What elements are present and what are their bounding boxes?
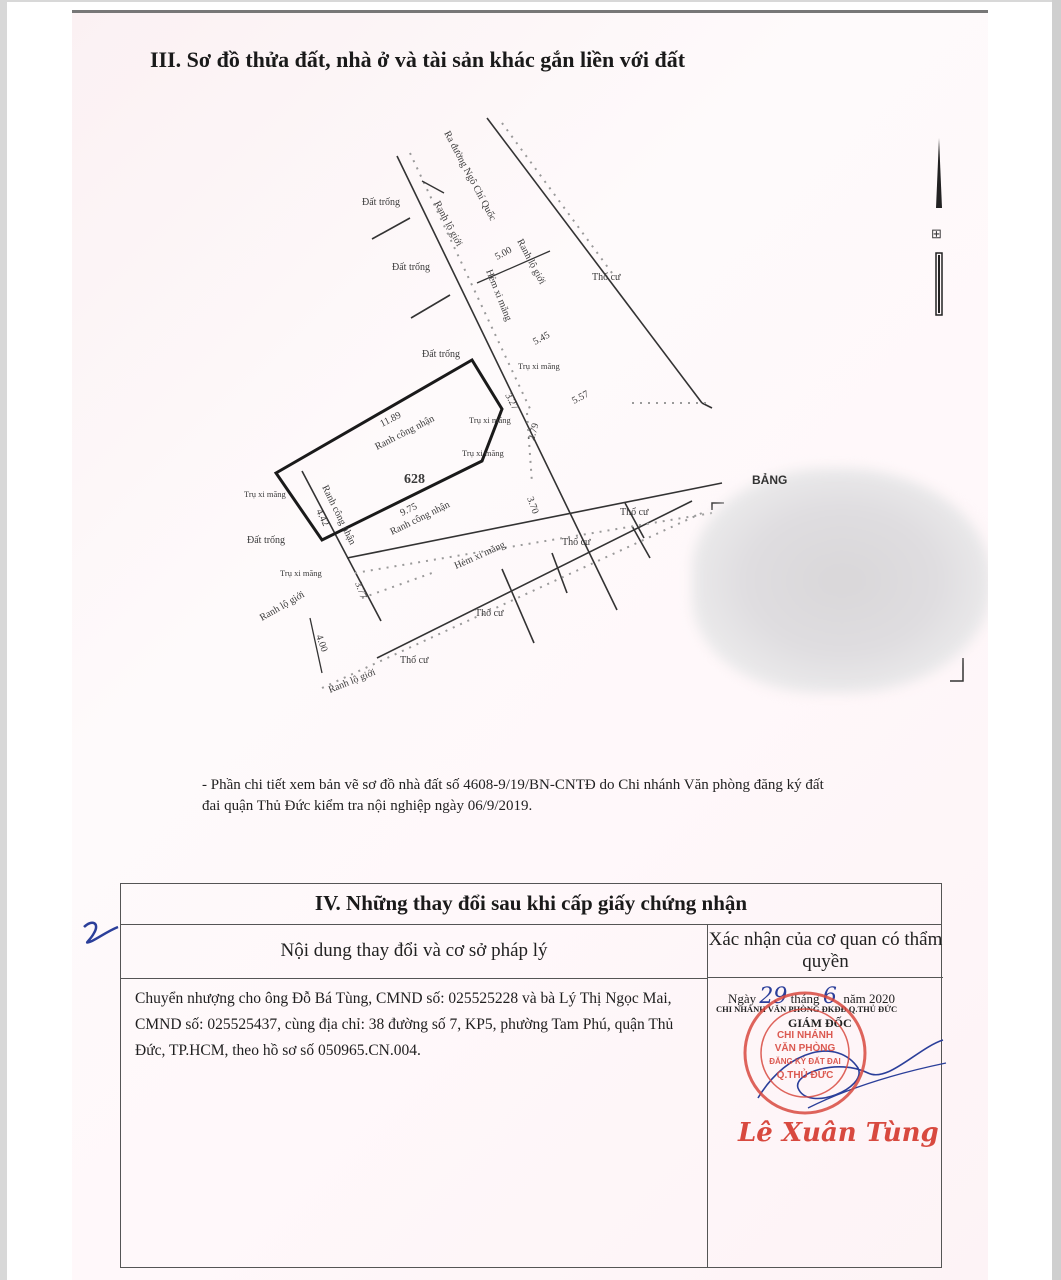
dim-edge-left: 4.42 xyxy=(313,507,331,528)
redacted-area xyxy=(692,468,988,693)
dim-alley-mid: 5.45 xyxy=(531,330,552,348)
label-post-4: Trụ xi măng xyxy=(244,489,286,499)
svg-text:⊞: ⊞ xyxy=(931,226,942,241)
parcel-number: 628 xyxy=(404,472,425,487)
change-entry-content: Chuyển nhượng cho ông Đỗ Bá Tùng, CMND s… xyxy=(135,986,701,1064)
label-post-2: Trụ xi măng xyxy=(469,415,511,425)
label-vacant-4: Đất trống xyxy=(247,535,285,546)
dim-edge-right-upper: 3.27 xyxy=(502,391,520,412)
north-arrow-icon: ⊞ xyxy=(931,138,942,315)
label-residential-2: Thổ cư xyxy=(620,507,649,518)
handwritten-mark-icon xyxy=(78,915,138,955)
section-4-title: IV. Những thay đổi sau khi cấp giấy chứn… xyxy=(121,884,941,925)
label-alley-2: Hẻm xi măng xyxy=(453,540,507,572)
dim-road-offset: 4.00 xyxy=(313,633,329,653)
document-page: III. Sơ đồ thửa đất, nhà ở và tài sản kh… xyxy=(72,10,988,1280)
table-heading-partial: BẢNG xyxy=(752,473,787,487)
column-header-content: Nội dung thay đổi và cơ sở pháp lý xyxy=(121,924,707,979)
label-residential-3: Thổ cư xyxy=(562,537,591,548)
svg-text:VĂN PHÒNG: VĂN PHÒNG xyxy=(775,1041,836,1054)
label-vacant-1: Đất trống xyxy=(362,197,400,208)
official-stamp-icon: CHI NHÁNH VĂN PHÒNG ĐĂNG KÝ ĐẤT ĐAI Q.TH… xyxy=(740,988,870,1118)
label-residential-4: Thổ cư xyxy=(475,608,504,619)
label-boundary-road-4: Ranh lộ giới xyxy=(327,667,377,696)
label-road-direction: Ra đường Ngô Chí Quốc xyxy=(441,129,498,223)
label-post-3: Trụ xi măng xyxy=(462,448,504,458)
label-vacant-3: Đất trống xyxy=(422,349,460,360)
label-residential-1: Thổ cư xyxy=(592,272,621,283)
label-alley-1: Hẻm xi măng xyxy=(483,268,514,323)
dim-edge-right-lower: 2.79 xyxy=(526,422,541,442)
label-vacant-2: Đất trống xyxy=(392,262,430,273)
svg-text:ĐĂNG KÝ ĐẤT ĐAI: ĐĂNG KÝ ĐẤT ĐAI xyxy=(769,1056,841,1066)
scrollbar[interactable] xyxy=(1052,0,1061,1280)
svg-text:Q.THỦ ĐỨC: Q.THỦ ĐỨC xyxy=(777,1068,834,1081)
label-post-1: Trụ xi măng xyxy=(518,361,560,371)
dim-offset-bottom-left: 3.77 xyxy=(352,580,368,600)
label-post-5: Trụ xi măng xyxy=(280,568,322,578)
detail-note: - Phần chi tiết xem bản vẽ sơ đồ nhà đất… xyxy=(202,775,842,817)
label-boundary-road-3: Ranh lộ giới xyxy=(258,589,307,624)
svg-text:CHI NHÁNH: CHI NHÁNH xyxy=(777,1028,833,1041)
label-residential-5: Thổ cư xyxy=(400,655,429,666)
label-recognized-bottom: Ranh công nhận xyxy=(388,499,451,537)
column-header-confirmation: Xác nhận của cơ quan có thẩm quyền xyxy=(708,924,943,978)
label-boundary-road-2: Ranh lộ giới xyxy=(431,199,464,248)
dim-alley-right: 5.57 xyxy=(570,389,591,407)
signer-name: Lê Xuân Tùng xyxy=(738,1118,939,1148)
dim-offset-bottom-right: 3.70 xyxy=(524,495,540,515)
label-boundary-road-1: Ranh lộ giới xyxy=(514,237,547,286)
dim-alley-top: 5.00 xyxy=(493,245,514,263)
